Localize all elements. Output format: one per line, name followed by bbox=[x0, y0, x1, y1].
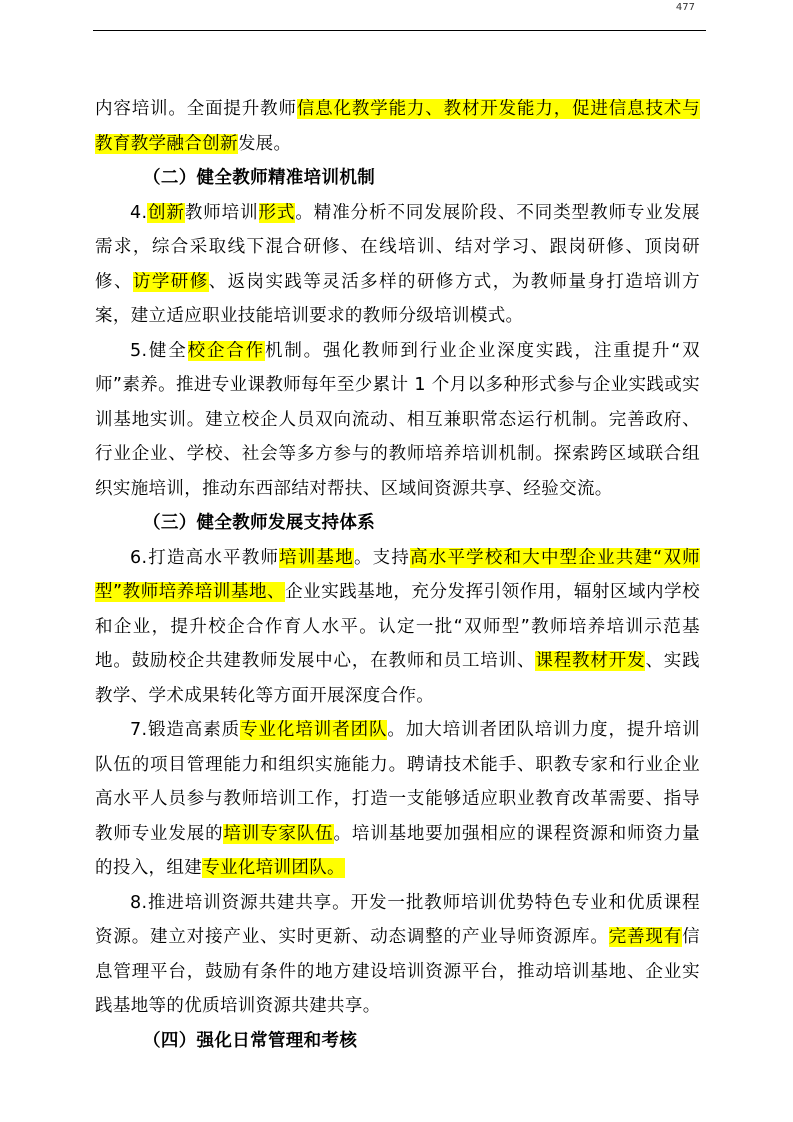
highlighted-text: 课程教材开发 bbox=[535, 651, 645, 671]
highlighted-text: 访学研修 bbox=[133, 272, 209, 292]
text-run: （三）健全教师发展支持体系 bbox=[143, 513, 375, 533]
highlighted-text: 培训基地 bbox=[279, 548, 354, 568]
section-heading: （三）健全教师发展支持体系 bbox=[95, 506, 700, 541]
highlighted-text: 创新 bbox=[147, 203, 184, 223]
highlighted-text: 形式 bbox=[259, 203, 296, 223]
paragraph: 6.打造高水平教师培训基地。支持高水平学校和大中型企业共建“双师型”教师培养培训… bbox=[95, 541, 700, 714]
text-run: （四）强化日常管理和考核 bbox=[143, 1031, 357, 1051]
text-run: 教师培训 bbox=[185, 203, 259, 223]
highlighted-text: 专业化培训者团队 bbox=[240, 720, 387, 740]
text-run: 机制。强化教师到行业企业深度实践，注重提升“双师”素养。推进专业课教师每年至少累… bbox=[95, 341, 700, 499]
text-run: 发展。 bbox=[238, 134, 292, 154]
text-run: 6.打造高水平教师 bbox=[130, 548, 279, 568]
highlighted-text: 培训专家队伍 bbox=[223, 824, 333, 844]
paragraph: 8.推进培训资源共建共享。开发一批教师培训优势特色专业和优质课程资源。建立对接产… bbox=[95, 886, 700, 1024]
text-run: 7.锻造高素质 bbox=[130, 720, 240, 740]
page-number: 477 bbox=[676, 2, 695, 13]
paragraph: 4.创新教师培训形式。精准分析不同发展阶段、不同类型教师专业发展需求，综合采取线… bbox=[95, 196, 700, 334]
highlighted-text: 校企合作 bbox=[188, 341, 265, 361]
text-run: （二）健全教师精准培训机制 bbox=[143, 168, 375, 188]
section-heading: （四）强化日常管理和考核 bbox=[95, 1024, 700, 1059]
paragraph: 内容培训。全面提升教师信息化教学能力、教材开发能力，促进信息技术与教育教学融合创… bbox=[95, 92, 700, 161]
highlighted-text: 专业化培训团队。 bbox=[202, 858, 345, 878]
section-heading: （二）健全教师精准培训机制 bbox=[95, 161, 700, 196]
text-run: 内容培训。全面提升教师 bbox=[95, 99, 297, 119]
text-run: 5.健全 bbox=[130, 341, 188, 361]
text-run: 4. bbox=[130, 203, 147, 223]
text-run: 。支持 bbox=[354, 548, 410, 568]
paragraph: 7.锻造高素质专业化培训者团队。加大培训者团队培训力度，提升培训队伍的项目管理能… bbox=[95, 713, 700, 886]
header-rule bbox=[93, 30, 706, 31]
paragraph: 5.健全校企合作机制。强化教师到行业企业深度实践，注重提升“双师”素养。推进专业… bbox=[95, 334, 700, 507]
highlighted-text: 完善现有 bbox=[609, 927, 682, 947]
document-body: 内容培训。全面提升教师信息化教学能力、教材开发能力，促进信息技术与教育教学融合创… bbox=[95, 92, 700, 1058]
